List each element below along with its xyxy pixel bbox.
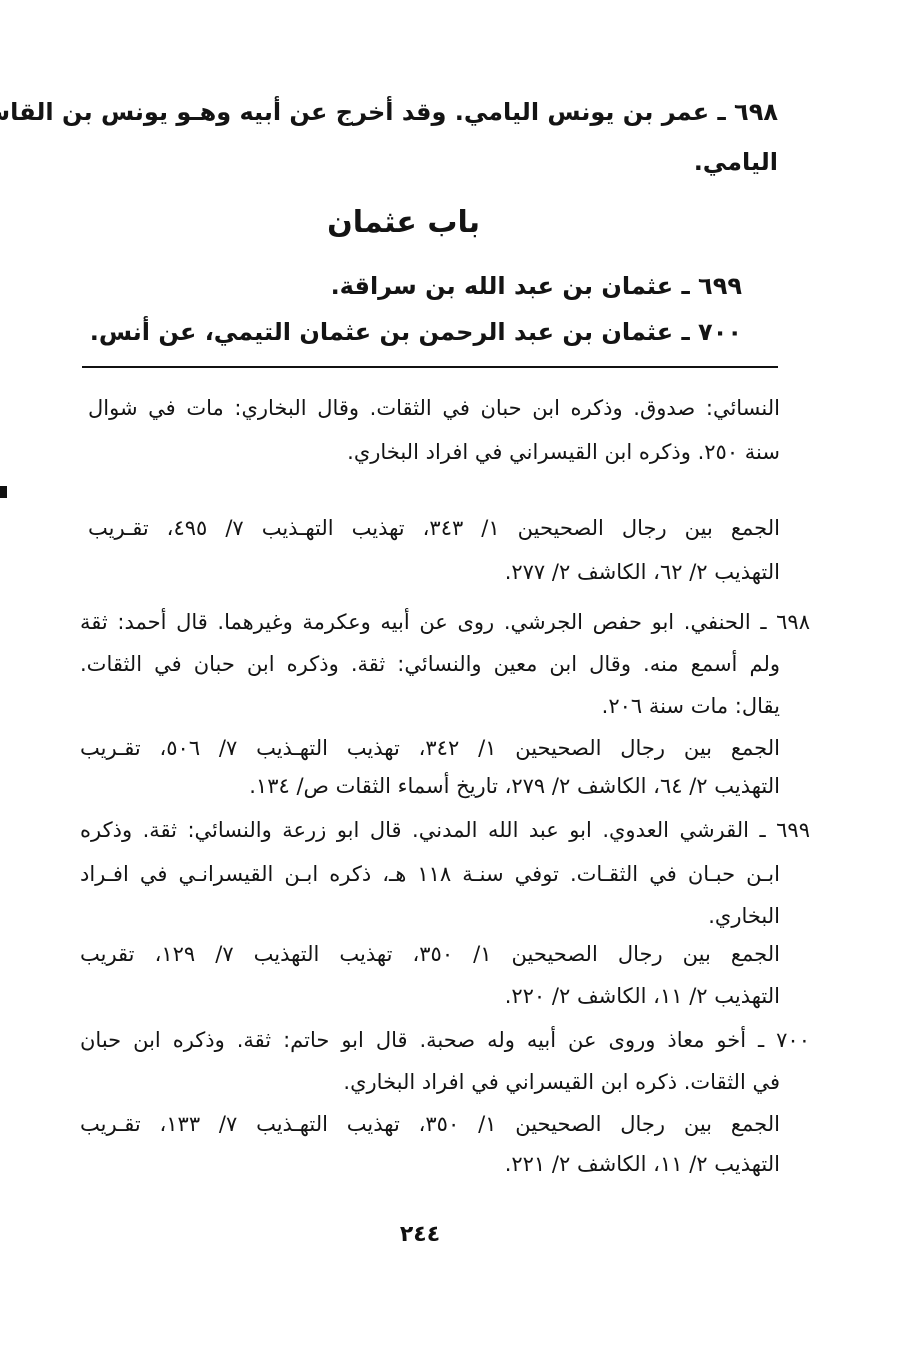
entry-698-line-2: اليامي. [694,148,778,176]
entry-698-line-1: ٦٩٨ ـ عمر بن يونس اليامي. وقد أخرج عن أب… [78,98,778,126]
footnote-698-line-4: الجمع بين رجال الصحيحين ١/ ٣٤٢، تهذيب ال… [80,736,780,760]
footnote-refs-line-2: التهذيب ٢/ ٦٢، الكاشف ٢/ ٢٧٧. [505,560,780,584]
footnote-continued-line-1: النسائي: صدوق. وذكره ابن حبان في الثقات.… [88,396,780,420]
footnote-698-line-5: التهذيب ٢/ ٦٤، الكاشف ٢/ ٢٧٩، تاريخ أسما… [249,774,780,798]
footnote-698-line-3: يقال: مات سنة ٢٠٦. [602,694,780,718]
footnote-698-line-2: ولم أسمع منه. وقال ابن معين والنسائي: ثق… [80,652,780,676]
book-page: ٦٩٨ ـ عمر بن يونس اليامي. وقد أخرج عن أب… [0,0,910,1360]
footnote-divider [82,366,778,368]
footnote-700-line-4: التهذيب ٢/ ١١، الكاشف ٢/ ٢٢١. [505,1152,780,1176]
entry-699: ٦٩٩ ـ عثمان بن عبد الله بن سراقة. [331,272,742,300]
section-heading: باب عثمان [327,205,480,240]
footnote-698-line-1: ٦٩٨ ـ الحنفي. ابو حفص الجرشي. روى عن أبي… [80,610,810,634]
footnote-700-line-1: ٧٠٠ ـ أخو معاذ وروى عن أبيه وله صحبة. قا… [80,1028,810,1052]
footnote-699-line-4: الجمع بين رجال الصحيحين ١/ ٣٥٠، تهذيب ال… [80,942,780,966]
footnote-699-line-1: ٦٩٩ ـ القرشي العدوي. ابو عبد الله المدني… [80,818,810,842]
footnote-700-line-2: في الثقات. ذكره ابن القيسراني في افراد ا… [343,1070,780,1094]
footnote-699-line-5: التهذيب ٢/ ١١، الكاشف ٢/ ٢٢٠. [505,984,780,1008]
footnote-refs-line-1: الجمع بين رجال الصحيحين ١/ ٣٤٣، تهذيب ال… [88,516,780,540]
scan-edge-mark [0,486,7,498]
page-number: ٢٤٤ [380,1222,460,1247]
entry-700: ٧٠٠ ـ عثمان بن عبد الرحمن بن عثمان التيم… [90,318,742,346]
footnote-699-line-3: البخاري. [708,904,780,928]
footnote-699-line-2: ابـن حبـان في الثقـات. توفي سنـة ١١٨ هـ،… [80,862,780,886]
footnote-continued-line-2: سنة ٢٥٠. وذكره ابن القيسراني في افراد ال… [347,440,780,464]
footnote-700-line-3: الجمع بين رجال الصحيحين ١/ ٣٥٠، تهذيب ال… [80,1112,780,1136]
